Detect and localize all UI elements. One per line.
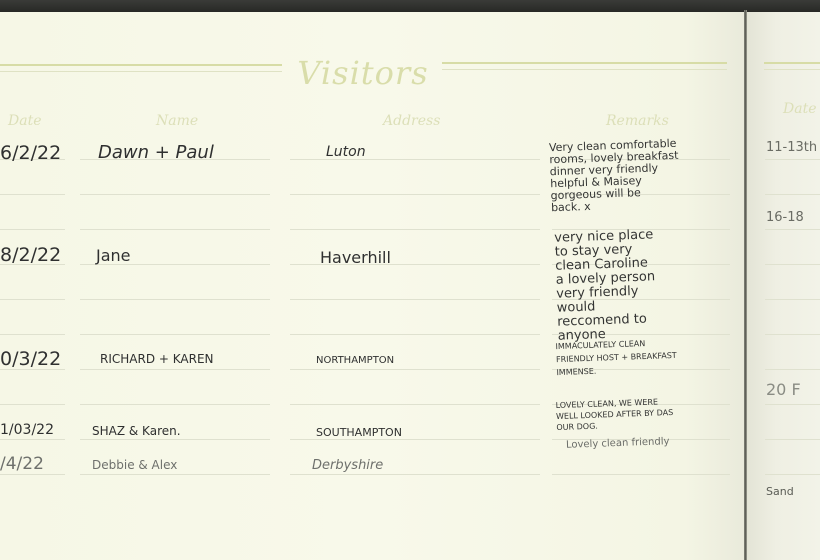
ruled-line [0,439,65,440]
entry-remarks: IMMACULATELY CLEAN FRIENDLY HOST + BREAK… [555,336,677,379]
ruled-line [765,159,820,160]
ruled-line [290,194,540,195]
ruled-line [0,334,65,335]
right-page-date: 20 F [766,380,801,399]
ruled-line [765,439,820,440]
column-header-remarks: Remarks [606,113,669,129]
ruled-line [80,369,270,370]
ruled-line [290,229,540,230]
entry-remarks: Very clean comfortable rooms, lovely bre… [549,138,681,214]
ruled-line [80,404,270,405]
guestbook-right-page: Date [747,12,820,560]
ruled-line [80,439,270,440]
ruled-line [765,334,820,335]
entry-address: Derbyshire [312,458,383,473]
page-title: Visitors [288,54,438,92]
entry-date: 0/3/22 [0,348,61,370]
entry-date: 6/2/22 [0,142,61,164]
ruled-line [765,229,820,230]
ruled-line [765,299,820,300]
ruled-line [80,474,270,475]
entry-name: Jane [96,246,131,265]
entry-date: 8/2/22 [0,244,61,266]
right-page-date: 11-13th [766,140,817,155]
entry-date: 1/03/22 [0,422,54,438]
entry-remarks: LOVELY CLEAN, WE WERE WELL LOOKED AFTER … [555,396,673,433]
ruled-line [290,334,540,335]
entry-remarks: Lovely clean friendly [566,436,670,452]
entry-address: SOUTHAMPTON [316,426,402,439]
title-rule-right [442,62,727,64]
guestbook-left-page: Visitors Date Name Address Remarks 6/2/2… [0,12,745,560]
ruled-line [0,299,65,300]
ruled-line [290,299,540,300]
ruled-line [80,334,270,335]
ruled-line [290,404,540,405]
ruled-line [80,194,270,195]
entry-name: RICHARD + KAREN [100,352,214,366]
ruled-line [0,229,65,230]
column-header-date-right: Date [783,101,816,117]
title-rule-left [0,64,282,66]
ruled-line [0,404,65,405]
ruled-line [80,229,270,230]
entry-name: Debbie & Alex [92,458,177,472]
column-header-address: Address [383,113,440,129]
ruled-line [290,439,540,440]
entry-remarks: very nice place to stay very clean Carol… [554,228,657,343]
entry-date: /4/22 [0,454,44,474]
entry-name: SHAZ & Karen. [92,424,181,438]
entry-address: Haverhill [320,248,391,267]
ruled-line [290,369,540,370]
entry-address: Luton [326,144,366,160]
ruled-line [765,474,820,475]
column-header-name: Name [156,113,198,129]
ruled-line [80,299,270,300]
ruled-line [765,404,820,405]
right-page-date: 16-18 [766,210,804,225]
entry-address: NORTHAMPTON [316,355,394,366]
right-page-date: Sand [766,485,794,498]
ruled-line [290,474,540,475]
ruled-line [0,474,65,475]
column-header-date: Date [8,113,41,129]
ruled-line [765,264,820,265]
entry-name: Dawn + Paul [98,142,214,163]
ruled-line [0,194,65,195]
ruled-line [765,369,820,370]
ruled-line [552,474,730,475]
title-rule-right-page [764,62,820,64]
ruled-line [765,194,820,195]
